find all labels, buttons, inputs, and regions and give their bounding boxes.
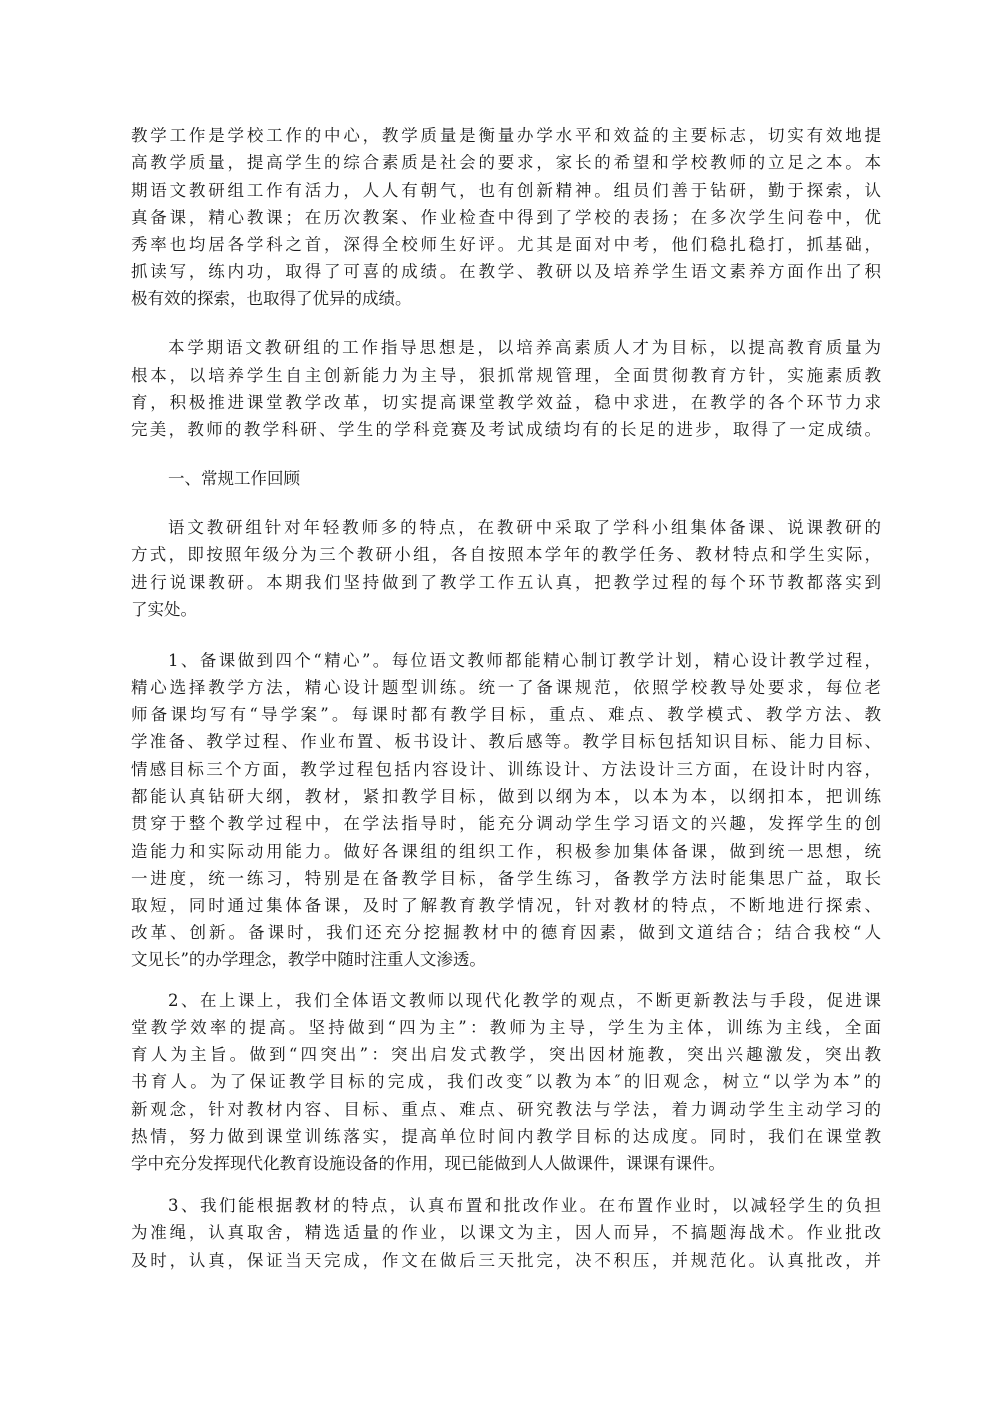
text-line: 进行说课教研。本期我们坚持做到了教学工作五认真，把教学过程的每个环节教都落实到 xyxy=(131,569,881,596)
text-line: 了实处。 xyxy=(131,596,881,623)
text-line: 教学工作是学校工作的中心，教学质量是衡量办学水平和效益的主要标志，切实有效地提 xyxy=(131,122,881,149)
text-line: 抓读写，练内功，取得了可喜的成绩。在教学、教研以及培养学生语文素养方面作出了积 xyxy=(131,258,881,285)
document-page: 教学工作是学校工作的中心，教学质量是衡量办学水平和效益的主要标志，切实有效地提 … xyxy=(0,0,1000,1415)
text-line: 热情，努力做到课堂训练落实，提高单位时间内教学目标的达成度。同时，我们在课堂教 xyxy=(131,1123,881,1150)
text-line: 方式，即按照年级分为三个教研小组，各自按照本学年的教学任务、教材特点和学生实际， xyxy=(131,541,881,568)
text-line: 情感目标三个方面，教学过程包括内容设计、训练设计、方法设计三方面，在设计时内容， xyxy=(131,756,881,783)
text-line: 期语文教研组工作有活力，人人有朝气，也有创新精神。组员们善于钻研，勤于探索，认 xyxy=(131,177,881,204)
text-line: 改革、创新。备课时，我们还充分挖掘教材中的德育因素，做到文道结合；结合我校“人 xyxy=(131,919,881,946)
text-line: 师备课均写有“导学案”。每课时都有教学目标，重点、难点、教学模式、教学方法、教 xyxy=(131,701,881,728)
text-line: 精心选择教学方法，精心设计题型训练。统一了备课规范，依照学校教导处要求，每位老 xyxy=(131,674,881,701)
text-line: 为准绳，认真取舍，精选适量的作业，以课文为主，因人而异，不搞题海战术。作业批改 xyxy=(131,1219,881,1246)
text-line: 新观念，针对教材内容、目标、重点、难点、研究教法与学法，着力调动学生主动学习的 xyxy=(131,1096,881,1123)
text-line: 秀率也均居各学科之首，深得全校师生好评。尤其是面对中考，他们稳扎稳打，抓基础， xyxy=(131,231,881,258)
text-line: 育，积极推进课堂教学改革，切实提高课堂教学效益，稳中求进，在教学的各个环节力求 xyxy=(131,389,881,416)
text-line: 书育人。为了保证教学目标的完成，我们改变″以教为本″的旧观念，树立“以学为本”的 xyxy=(131,1068,881,1095)
text-line: 取短，同时通过集体备课，及时了解教育教学情况，针对教材的特点，不断地进行探索、 xyxy=(131,892,881,919)
text-line: 学准备、教学过程、作业布置、板书设计、教后感等。教学目标包括知识目标、能力目标、 xyxy=(131,728,881,755)
section-heading: 一、常规工作回顾 xyxy=(168,465,300,492)
text-line: 真备课，精心教课；在历次教案、作业检查中得到了学校的表扬；在多次学生问卷中，优 xyxy=(131,204,881,231)
text-line: 学中充分发挥现代化教育设施设备的作用，现已能做到人人做课件，课课有课件。 xyxy=(131,1150,881,1177)
text-line: 完美，教师的教学科研、学生的学科竞赛及考试成绩均有的长足的进步，取得了一定成绩。 xyxy=(131,416,881,443)
text-line: 语文教研组针对年轻教师多的特点，在教研中采取了学科小组集体备课、说课教研的 xyxy=(168,514,881,541)
text-line: 本学期语文教研组的工作指导思想是，以培养高素质人才为目标，以提高教育质量为 xyxy=(168,334,881,361)
text-line: 造能力和实际动用能力。做好各课组的组织工作，积极参加集体备课，做到统一思想，统 xyxy=(131,838,881,865)
text-line: 高教学质量，提高学生的综合素质是社会的要求，家长的希望和学校教师的立足之本。本 xyxy=(131,149,881,176)
text-line: 文见长”的办学理念，教学中随时注重人文渗透。 xyxy=(131,946,881,973)
text-line: 3、我们能根据教材的特点，认真布置和批改作业。在布置作业时，以减轻学生的负担 xyxy=(168,1192,881,1219)
text-line: 贯穿于整个教学过程中，在学法指导时，能充分调动学生学习语文的兴趣，发挥学生的创 xyxy=(131,810,881,837)
text-line: 及时，认真，保证当天完成，作文在做后三天批完，决不积压，并规范化。认真批改，并 xyxy=(131,1247,881,1274)
text-line: 堂教学效率的提高。坚持做到“四为主”：教师为主导，学生为主体，训练为主线，全面 xyxy=(131,1014,881,1041)
text-line: 根本，以培养学生自主创新能力为主导，狠抓常规管理，全面贯彻教育方针，实施素质教 xyxy=(131,362,881,389)
text-line: 一进度，统一练习，特别是在备教学目标，备学生练习，备教学方法时能集思广益，取长 xyxy=(131,865,881,892)
text-line: 极有效的探索，也取得了优异的成绩。 xyxy=(131,285,881,312)
text-line: 育人为主旨。做到“四突出”：突出启发式教学，突出因材施教，突出兴趣激发，突出教 xyxy=(131,1041,881,1068)
text-line: 都能认真钻研大纲，教材，紧扣教学目标，做到以纲为本，以本为本，以纲扣本，把训练 xyxy=(131,783,881,810)
text-line: 2、在上课上，我们全体语文教师以现代化教学的观点，不断更新教法与手段，促进课 xyxy=(168,987,881,1014)
text-line: 1、备课做到四个“精心”。每位语文教师都能精心制订教学计划，精心设计教学过程， xyxy=(168,647,881,674)
